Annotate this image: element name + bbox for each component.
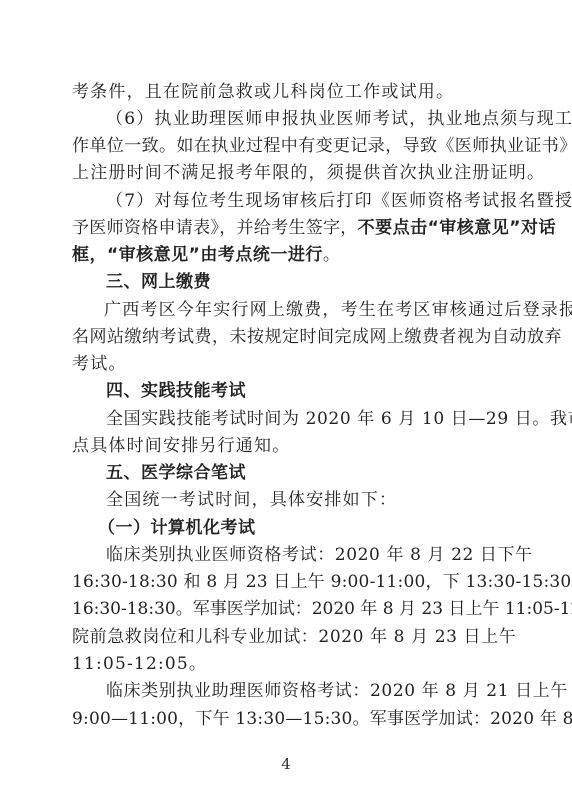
text-line-with-emphasis: 予医师资格申请表》，并给考生签字，不要点击“审核意见”对话 <box>72 215 512 242</box>
text-line: 16:30-18:30。军事医学加试：2020 年 8 月 23 日上午 11:… <box>72 596 512 623</box>
text-line: 临床类别执业助理医师资格考试：2020 年 8 月 21 日上午 <box>106 678 546 705</box>
text-line: 9:00—11:00，下午 13:30—15:30。军事医学加试：2020 年 … <box>72 706 512 733</box>
section-heading-practical-skills: 四、实践技能考试 <box>106 378 546 405</box>
text-line: 院前急救岗位和儿科专业加试：2020 年 8 月 23 日上午 <box>72 624 512 651</box>
text-line: 11:05-12:05。 <box>72 651 512 678</box>
text-line: 临床类别执业医师资格考试：2020 年 8 月 22 日下午 <box>106 542 546 569</box>
text-line: 16:30-18:30 和 8 月 23 日上午 9:00-11:00，下 13… <box>72 569 512 596</box>
text-line-with-emphasis: 框，“审核意见”由考点统一进行。 <box>72 242 512 269</box>
emphasis-text: 不要点击“审核意见”对话 <box>358 218 556 238</box>
page-number: 4 <box>0 755 572 773</box>
text-line: 全国实践技能考试时间为 2020 年 6 月 10 日—29 日。我市考 <box>106 406 546 433</box>
text-line: 名网站缴纳考试费，未按规定时间完成网上缴费者视为自动放弃 <box>72 324 512 351</box>
text-line: 上注册时间不满足报考年限的，须提供首次执业注册证明。 <box>72 160 512 187</box>
item-6-line: （6）执业助理医师申报执业医师考试，执业地点须与现工 <box>106 106 546 133</box>
text-line: 作单位一致。如在执业过程中有变更记录，导致《医师执业证书》 <box>72 133 512 160</box>
section-heading-online-payment: 三、网上缴费 <box>106 269 546 296</box>
plain-text: 予医师资格申请表》，并给考生签字， <box>72 218 358 238</box>
text-line: 广西考区今年实行网上缴费，考生在考区审核通过后登录报 <box>104 297 544 324</box>
text-line: 点具体时间安排另行通知。 <box>72 433 512 460</box>
item-7-line: （7）对每位考生现场审核后打印《医师资格考试报名暨授 <box>106 188 546 215</box>
text-line: 考试。 <box>72 351 512 378</box>
text-line: 考条件，且在院前急救或儿科岗位工作或试用。 <box>72 79 512 106</box>
text-line: 全国统一考试时间，具体安排如下： <box>106 487 546 514</box>
section-heading-written-exam: 五、医学综合笔试 <box>106 460 546 487</box>
plain-text: 。 <box>323 245 341 265</box>
emphasis-text: 框，“审核意见”由考点统一进行 <box>72 245 323 265</box>
document-page: 考条件，且在院前急救或儿科岗位工作或试用。 （6）执业助理医师申报执业医师考试，… <box>0 0 572 809</box>
subsection-heading-computer-exam: （一）计算机化考试 <box>98 515 538 542</box>
